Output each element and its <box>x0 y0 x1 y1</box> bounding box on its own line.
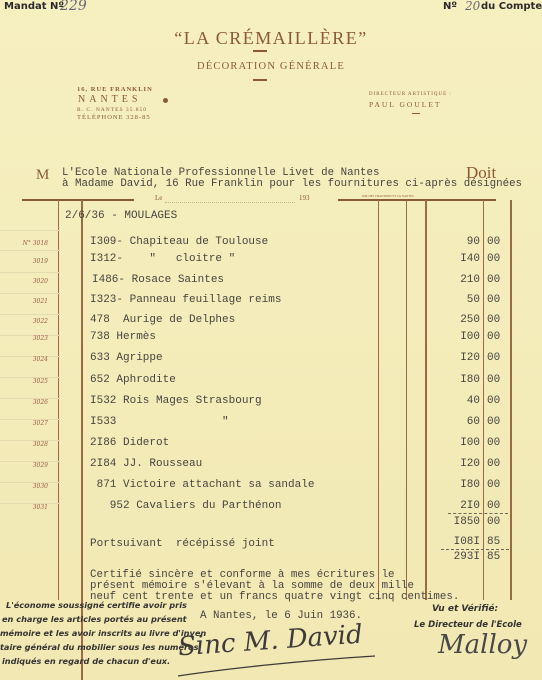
item-description: I533 " <box>90 416 229 428</box>
compte-prefix: Nº <box>443 1 457 12</box>
verification-line2: Le Directeur de l'Ecole <box>414 620 522 630</box>
header-rule-left <box>22 199 134 201</box>
item-francs: 210 <box>436 274 480 286</box>
econome-line1: L'économe soussigné certifie avoir pris <box>6 600 187 610</box>
econome-line5: indiqués en regard de chacun d'eux. <box>2 656 170 666</box>
item-cents: 00 <box>487 352 500 364</box>
header-rule-right <box>338 199 496 201</box>
item-francs: 60 <box>436 416 480 428</box>
inventory-ref: 3024 <box>8 356 48 363</box>
item-description: I486- Rosace Saintes <box>92 274 224 286</box>
address-phone: TÉLÉPHONE 328-85 <box>77 114 151 121</box>
inventory-ref: N° 3018 <box>8 240 48 247</box>
address-city: NANTES <box>78 94 141 105</box>
item-cents: 00 <box>487 236 500 248</box>
subtotal-cents: 00 <box>487 516 500 528</box>
item-cents: 00 <box>487 374 500 386</box>
transport-label: Portsuivant récépissé joint <box>90 538 275 550</box>
column-line <box>406 200 407 600</box>
item-francs: I20 <box>436 458 480 470</box>
item-francs: 90 <box>436 236 480 248</box>
item-description: 952 Cavaliers du Parthénon <box>90 500 281 512</box>
subtotal-francs: I850 <box>436 516 480 528</box>
column-line <box>58 200 59 600</box>
item-description: 871 Victoire attachant sa sandale <box>90 479 314 491</box>
address-street: 16, RUE FRANKLIN <box>77 86 153 93</box>
divider <box>253 79 267 81</box>
item-francs: I00 <box>436 437 480 449</box>
signature-flourish <box>170 630 380 680</box>
transport-cents: 85 <box>487 536 500 548</box>
date-dotted-line <box>165 202 295 203</box>
inventory-ref: 3031 <box>8 504 48 511</box>
addressee-line2: à Madame David, 16 Rue Franklin pour les… <box>62 178 522 190</box>
item-cents: 00 <box>487 253 500 265</box>
econome-line4: taire général du mobilier sous les numér… <box>0 642 199 652</box>
item-description: I309- Chapiteau de Toulouse <box>90 236 268 248</box>
item-cents: 00 <box>487 416 500 428</box>
inventory-ref: 3028 <box>8 441 48 448</box>
column-line <box>425 200 427 600</box>
column-line <box>483 200 484 600</box>
director-name: PAUL GOULET <box>369 100 442 109</box>
le-label: Le <box>155 194 162 202</box>
total-rule <box>441 549 509 550</box>
item-cents: 00 <box>487 500 500 512</box>
invoice-date-header: 2/6/36 - MOULAGES <box>65 210 177 222</box>
item-francs: 250 <box>436 314 480 326</box>
item-cents: 00 <box>487 274 500 286</box>
item-description: 633 Agrippe <box>90 352 163 364</box>
year-label: 193 <box>299 194 310 202</box>
compte-number: 20 <box>465 0 480 13</box>
item-cents: 00 <box>487 294 500 306</box>
item-description: 2I86 Diderot <box>90 437 169 449</box>
item-description: I532 Rois Mages Strasbourg <box>90 395 262 407</box>
item-description: I312- " cloitre " <box>90 253 235 265</box>
inventory-ref: 3030 <box>8 483 48 490</box>
director-signature: Malloy <box>438 630 527 660</box>
inventory-ref: 3023 <box>8 335 48 342</box>
addressee-prefix: M <box>36 167 49 184</box>
column-line <box>510 200 512 600</box>
bullet-icon <box>163 98 168 103</box>
econome-line2: en charge les articles portés au présent <box>2 614 187 624</box>
item-cents: 00 <box>487 479 500 491</box>
inventory-ref: 3025 <box>8 378 48 385</box>
place-date: A Nantes, le 6 Juin 1936. <box>200 610 362 622</box>
item-francs: 40 <box>436 395 480 407</box>
inventory-ref: 3019 <box>8 258 48 265</box>
printer-note: IMP. DES CHANTIERS ET Cie NANTES <box>362 194 414 198</box>
mandat-number: 229 <box>60 0 87 14</box>
item-francs: I40 <box>436 253 480 265</box>
column-line <box>378 200 379 600</box>
item-cents: 00 <box>487 458 500 470</box>
item-francs: I20 <box>436 352 480 364</box>
divider <box>412 113 420 114</box>
certification-line2: présent mémoire s'élevant à la somme de … <box>90 581 414 592</box>
certification-line1: Certifié sincère et conforme à mes écrit… <box>90 570 395 581</box>
subtotal-rule <box>448 513 508 514</box>
address-rc: R. C. NANTES 35.850 <box>77 107 147 113</box>
inventory-ref: 3029 <box>8 462 48 469</box>
divider <box>253 50 267 52</box>
mandat-label: Mandat Nº <box>4 1 64 12</box>
item-description: 738 Hermès <box>90 331 156 343</box>
company-tagline: DÉCORATION GÉNÉRALE <box>0 61 542 72</box>
inventory-ref: 3022 <box>8 318 48 325</box>
item-description: 478 Aurige de Delphes <box>90 314 235 326</box>
total-francs: 293I <box>436 551 480 563</box>
item-cents: 00 <box>487 331 500 343</box>
inventory-ref: 3020 <box>8 278 48 285</box>
inventory-ref: 3026 <box>8 399 48 406</box>
item-cents: 00 <box>487 314 500 326</box>
company-name: “LA CRÉMAILLÈRE” <box>0 28 542 49</box>
compte-suffix: du Compte <box>481 1 542 12</box>
item-cents: 00 <box>487 395 500 407</box>
item-francs: 2I0 <box>436 500 480 512</box>
item-francs: I00 <box>436 331 480 343</box>
item-cents: 00 <box>487 437 500 449</box>
item-description: 652 Aphrodite <box>90 374 176 386</box>
item-francs: I80 <box>436 479 480 491</box>
director-label: DIRECTEUR ARTISTIQUE : <box>369 92 452 97</box>
total-cents: 85 <box>487 551 500 563</box>
transport-francs: I08I <box>436 536 480 548</box>
item-description: I323- Panneau feuillage reims <box>90 294 281 306</box>
verification-line1: Vu et Vérifié: <box>432 604 498 614</box>
inventory-ref: 3027 <box>8 420 48 427</box>
item-description: 2I84 JJ. Rousseau <box>90 458 202 470</box>
item-francs: I80 <box>436 374 480 386</box>
item-francs: 50 <box>436 294 480 306</box>
inventory-ref: 3021 <box>8 298 48 305</box>
